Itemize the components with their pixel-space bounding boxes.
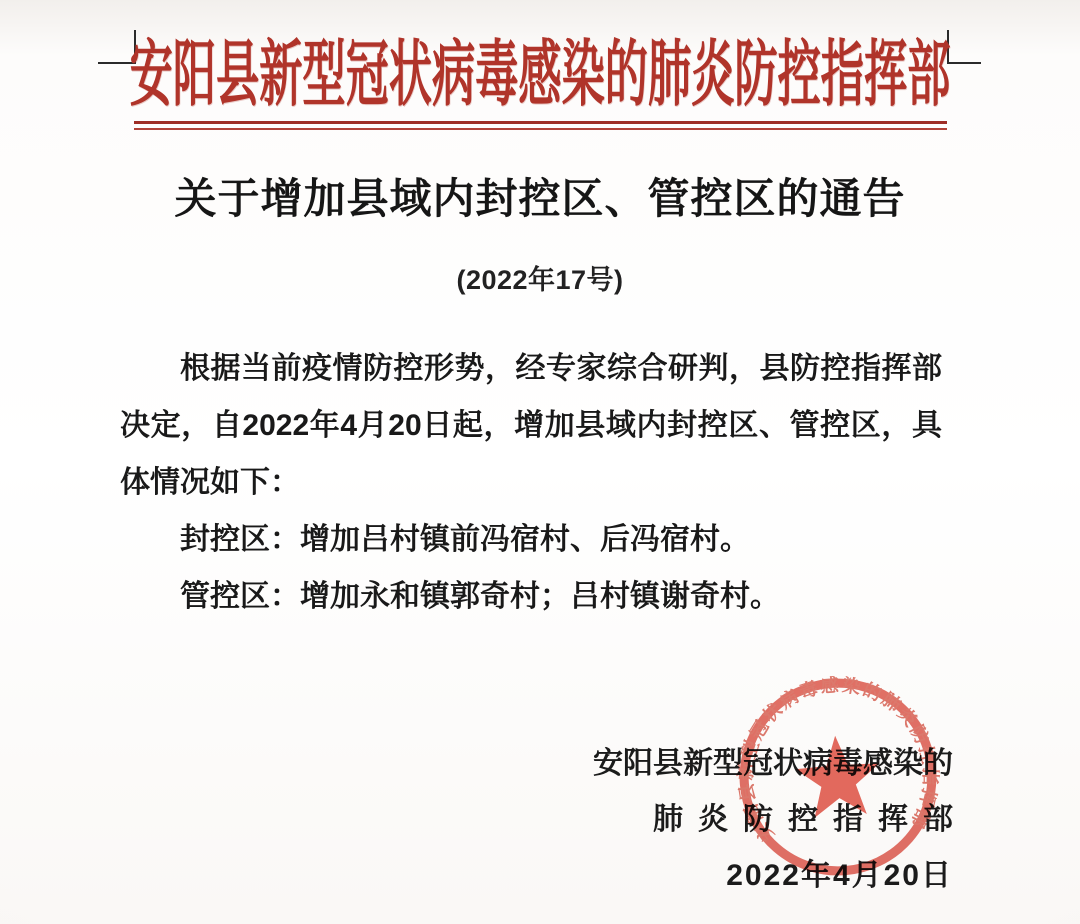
letterhead-double-rule: [134, 121, 947, 130]
notice-page: { "header": { "org_title": "安阳县新型冠状病毒感染的…: [0, 0, 1080, 924]
paragraph-controlled-zone: 管控区：增加永和镇郭奇村；吕村镇谢奇村。: [120, 568, 942, 625]
seal-star-icon: [793, 733, 883, 819]
notice-body: 根据当前疫情防控形势，经专家综合研判，县防控指挥部决定，自2022年4月20日起…: [120, 340, 942, 625]
paragraph-intro: 根据当前疫情防控形势，经专家综合研判，县防控指挥部决定，自2022年4月20日起…: [120, 340, 942, 511]
letterhead: 安阳县新型冠状病毒感染的肺炎防控指挥部: [540, 36, 1080, 112]
paragraph-sealed-zone: 封控区：增加吕村镇前冯宿村、后冯宿村。: [120, 511, 942, 568]
letterhead-org-title: 安阳县新型冠状病毒感染的肺炎防控指挥部: [130, 36, 951, 112]
official-seal-stamp: 安阳县新型冠状病毒感染的肺炎防控指挥部: [725, 664, 951, 890]
doc-number: (2022年17号): [0, 258, 1080, 297]
notice-title: 关于增加县域内封控区、管控区的通告: [0, 166, 1080, 226]
